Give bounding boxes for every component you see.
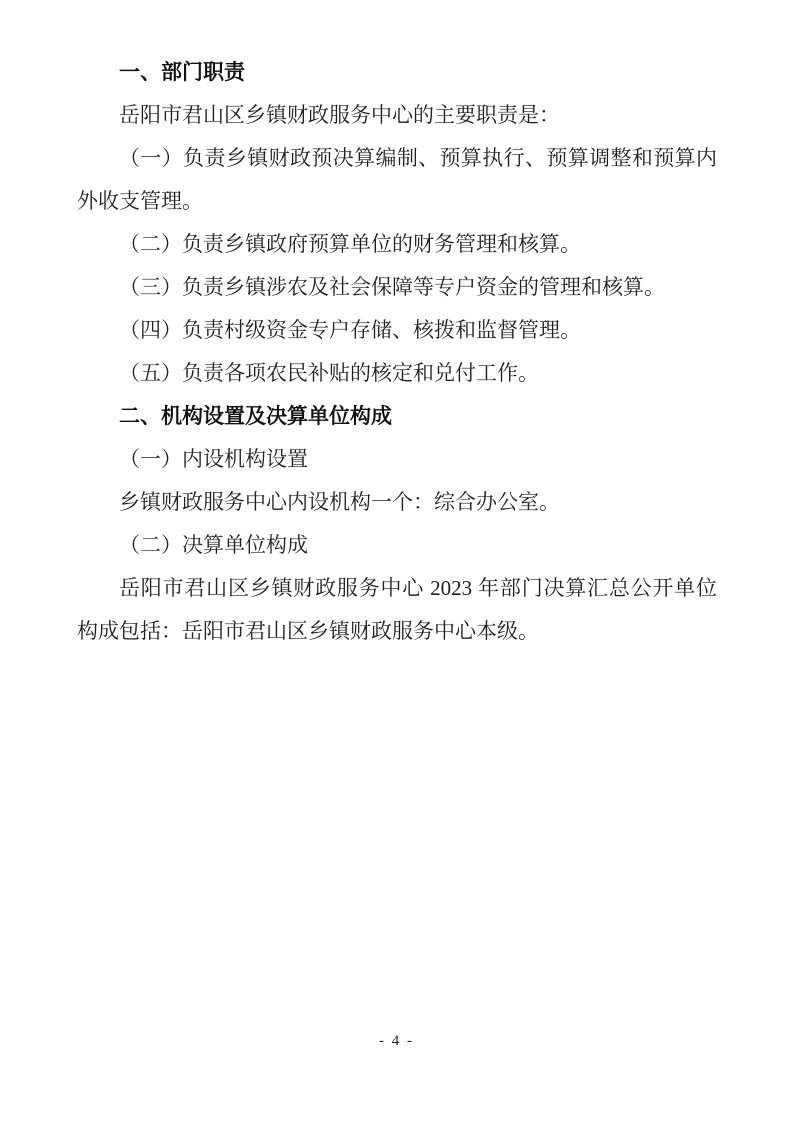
section-heading-org-structure: 二、机构设置及决算单位构成 bbox=[77, 395, 717, 438]
paragraph-unit-composition-detail: 岳阳市君山区乡镇财政服务中心 2023 年部门决算汇总公开单位构成包括：岳阳市君… bbox=[77, 567, 717, 653]
paragraph-duty-item-2: （二）负责乡镇政府预算单位的财务管理和核算。 bbox=[77, 223, 717, 266]
paragraph-duty-item-1: （一）负责乡镇财政预决算编制、预算执行、预算调整和预算内外收支管理。 bbox=[77, 137, 717, 223]
paragraph-duty-item-5: （五）负责各项农民补贴的核定和兑付工作。 bbox=[77, 352, 717, 395]
paragraph-duty-item-4: （四）负责村级资金专户存储、核拨和监督管理。 bbox=[77, 309, 717, 352]
paragraph-internal-org-detail: 乡镇财政服务中心内设机构一个：综合办公室。 bbox=[77, 481, 717, 524]
paragraph-unit-composition-title: （二）决算单位构成 bbox=[77, 524, 717, 567]
paragraph-duty-item-3: （三）负责乡镇涉农及社会保障等专户资金的管理和核算。 bbox=[77, 266, 717, 309]
paragraph-main-duty-intro: 岳阳市君山区乡镇财政服务中心的主要职责是： bbox=[77, 94, 717, 137]
document-body: 一、部门职责 岳阳市君山区乡镇财政服务中心的主要职责是： （一）负责乡镇财政预决… bbox=[77, 51, 717, 653]
section-heading-department-duties: 一、部门职责 bbox=[77, 51, 717, 94]
paragraph-internal-org-title: （一）内设机构设置 bbox=[77, 438, 717, 481]
page-number: - 4 - bbox=[0, 1031, 793, 1051]
document-page: 一、部门职责 岳阳市君山区乡镇财政服务中心的主要职责是： （一）负责乡镇财政预决… bbox=[0, 0, 793, 1122]
